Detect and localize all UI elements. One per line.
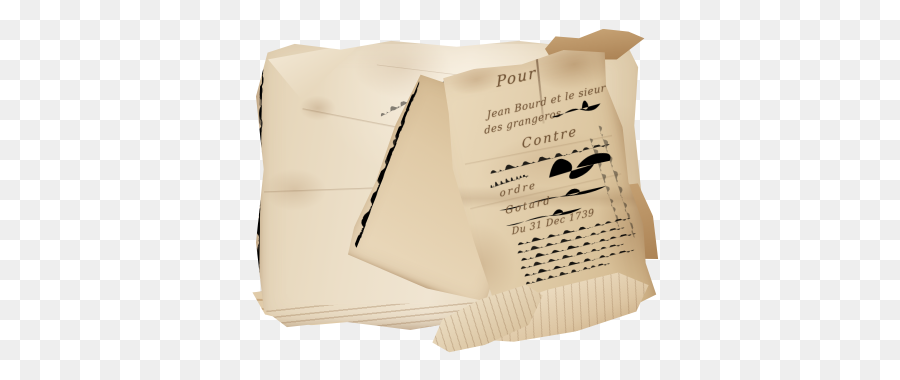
vertical-margin-writing — [253, 49, 308, 300]
handwriting-line — [253, 77, 269, 287]
manuscript-photo: Pour Jean Bourd et le sieur des grangero… — [0, 0, 900, 380]
heading-pour: Pour — [496, 64, 537, 92]
transparent-canvas: Pour Jean Bourd et le sieur des grangero… — [0, 0, 900, 380]
